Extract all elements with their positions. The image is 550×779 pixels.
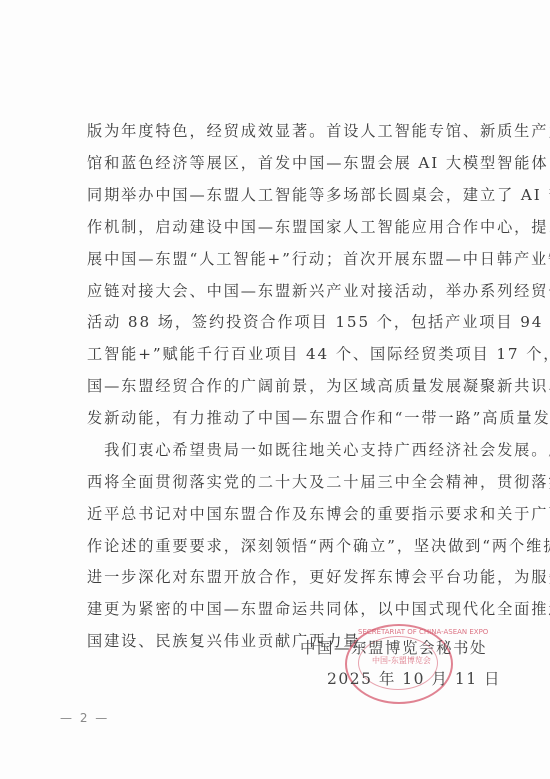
page-number: — 2 —	[60, 711, 109, 725]
body-line: 作机制，启动建设中国—东盟国家人工智能应用合作中心，提出开	[87, 218, 499, 236]
body-line: 近平总书记对中国东盟合作及东博会的重要指示要求和关于广西工	[87, 505, 499, 523]
body-line: 国—东盟经贸合作的广阔前景，为区域高质量发展凝聚新共识、激	[87, 377, 499, 395]
seal-outer-text: SECRETARIAT OF CHINA-ASEAN EXPO	[358, 628, 488, 636]
body-line: 进一步深化对东盟开放合作，更好发挥东博会平台功能，为服务构	[87, 568, 499, 586]
body-line: 建更为紧密的中国—东盟命运共同体，以中国式现代化全面推进强	[87, 600, 499, 618]
body-line: 西将全面贯彻落实党的二十大及二十届三中全会精神，贯彻落实习	[87, 473, 499, 491]
paragraph-start-line: 我们衷心希望贵局一如既往地关心支持广西经济社会发展。广	[87, 441, 499, 459]
body-line: 活动 88 场，签约投资合作项目 155 个，包括产业项目 94 个、“人	[87, 313, 499, 331]
signature-date: 2025 年 10 月 11 日	[327, 667, 501, 689]
body-line: 版为年度特色，经贸成效显著。首设人工智能专馆、新质生产力专	[87, 122, 499, 140]
body-line: 同期举办中国—东盟人工智能等多场部长圆桌会，建立了 AI 部长合	[87, 186, 499, 204]
document-page: 版为年度特色，经贸成效显著。首设人工智能专馆、新质生产力专 馆和蓝色经济等展区，…	[0, 0, 550, 779]
body-line: 作论述的重要要求，深刻领悟“两个确立”，坚决做到“两个维护”，	[87, 537, 499, 555]
body-line: 展中国—东盟“人工智能+”行动；首次开展东盟—中日韩产业链供	[87, 250, 499, 268]
body-line: 馆和蓝色经济等展区，首发中国—东盟会展 AI 大模型智能体；首次	[87, 154, 499, 172]
body-line: 发新动能，有力推动了中国—东盟合作和“一带一路”高质量发展。	[87, 409, 499, 427]
body-line: 工智能+”赋能千行百业项目 44 个、国际经贸类项目 17 个，展示中	[87, 345, 499, 363]
signature-organization: 中国—东盟博览会秘书处	[300, 636, 487, 658]
body-line: 应链对接大会、中国—东盟新兴产业对接活动，举办系列经贸促进	[87, 282, 499, 300]
